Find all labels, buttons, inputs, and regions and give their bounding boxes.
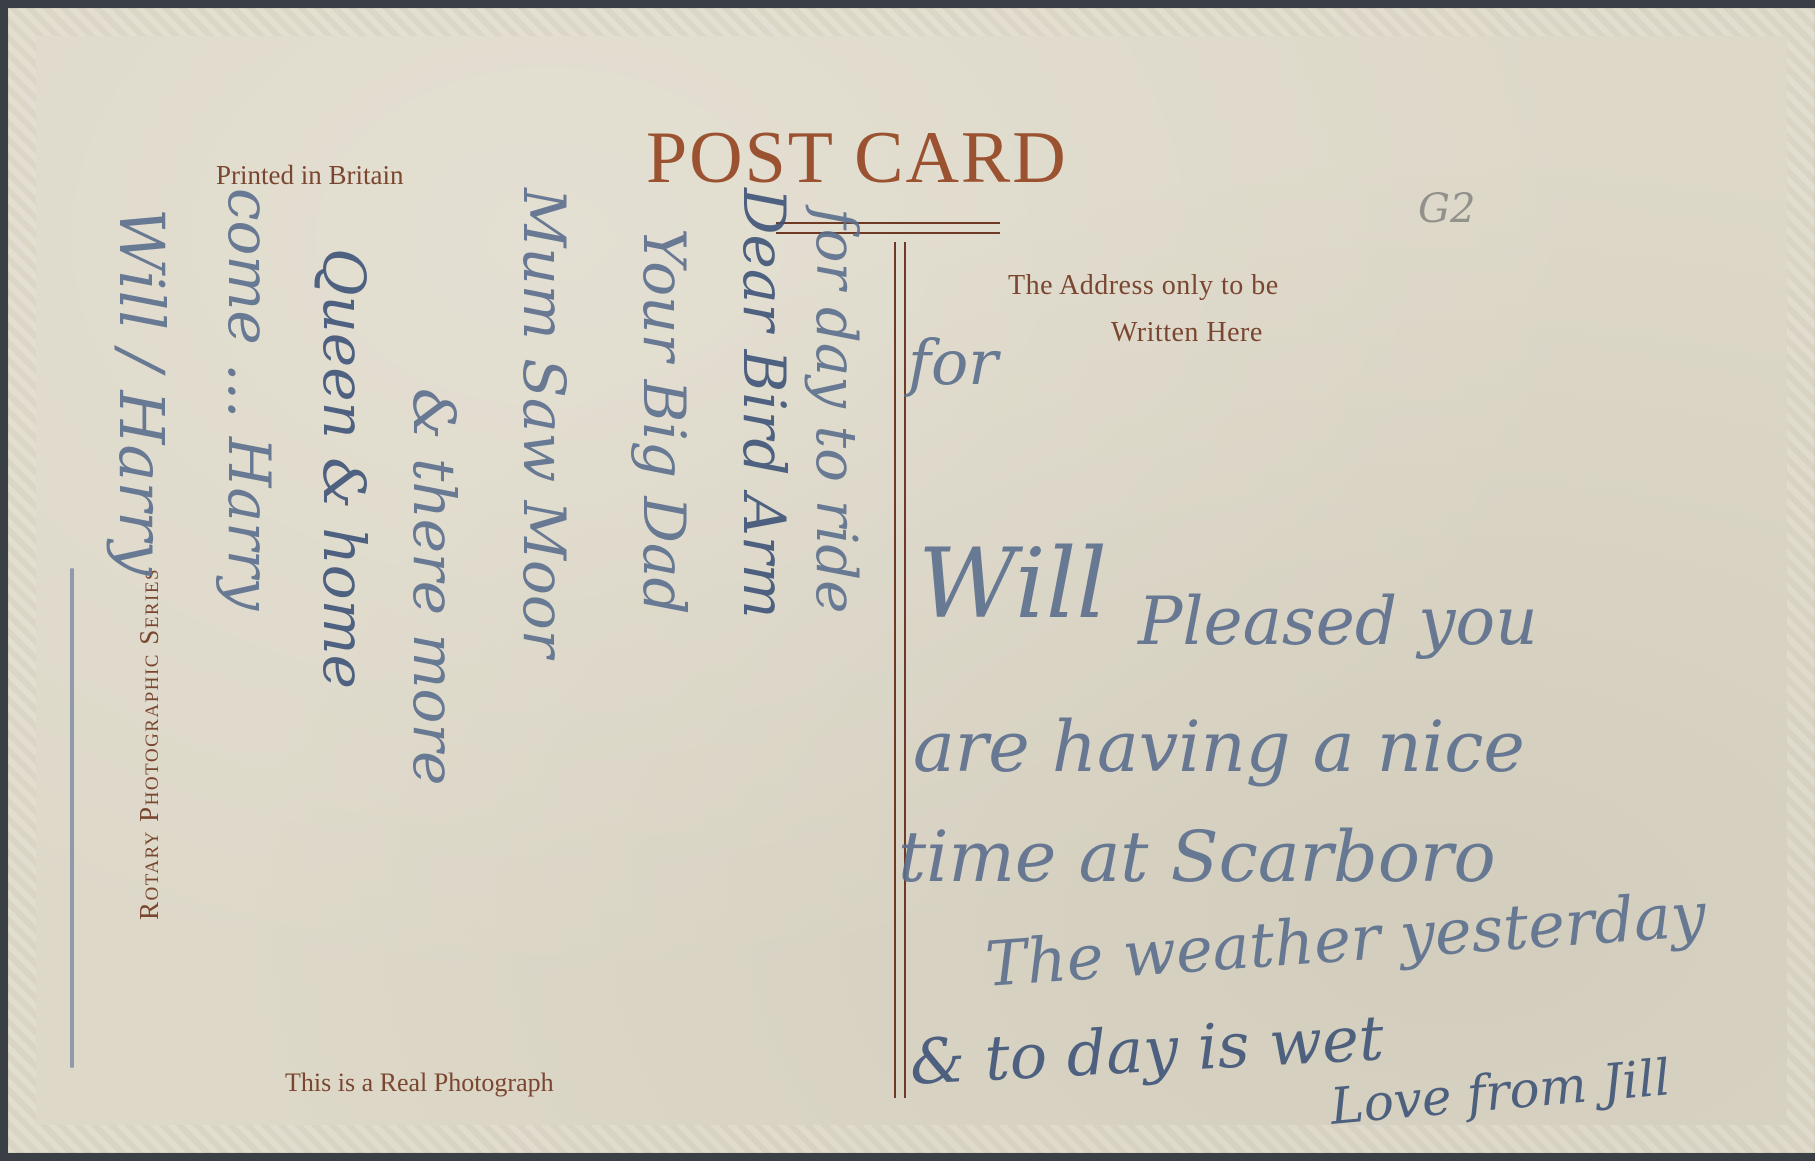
address-line-for: for	[908, 326, 998, 399]
left-message-column-4: & there more	[400, 388, 468, 786]
left-message-column-5: Mum Saw Moor	[510, 188, 578, 658]
left-message-column-7: Dear Bird Arm	[730, 188, 798, 619]
divider-vertical-rule-2	[904, 242, 906, 1098]
address-instruction-line1: The Address only to be	[1008, 270, 1279, 302]
real-photograph-label: This is a Real Photograph	[285, 1068, 554, 1098]
left-message-column-8: for day to ride	[803, 208, 868, 613]
postcard-back: POST CARD Printed in Britain The Address…	[8, 8, 1815, 1153]
address-line-name: Will	[918, 528, 1107, 640]
left-message-column-6: Your Big Dad	[630, 228, 698, 615]
left-message-column-3: Queen & home	[310, 248, 378, 689]
series-label: Rotary Photographic Series	[134, 568, 165, 920]
message-line-5: & to day is wet	[908, 1001, 1385, 1099]
message-line-2: are having a nice	[913, 706, 1525, 788]
left-message-column-2: come ... Harry	[215, 188, 283, 610]
left-message-column-1: Will / Harry	[105, 208, 178, 576]
address-instruction-line2: Written Here	[1111, 317, 1263, 349]
printed-in-britain-label: Printed in Britain	[216, 160, 403, 191]
message-line-3: time at Scarboro	[898, 816, 1496, 898]
post-card-title: POST CARD	[646, 116, 1068, 201]
pencil-stroke	[70, 568, 74, 1068]
divider-vertical-rule-1	[894, 242, 896, 1098]
corner-pencil-mark: G2	[1418, 186, 1475, 232]
message-line-1: Pleased you	[1138, 583, 1538, 660]
